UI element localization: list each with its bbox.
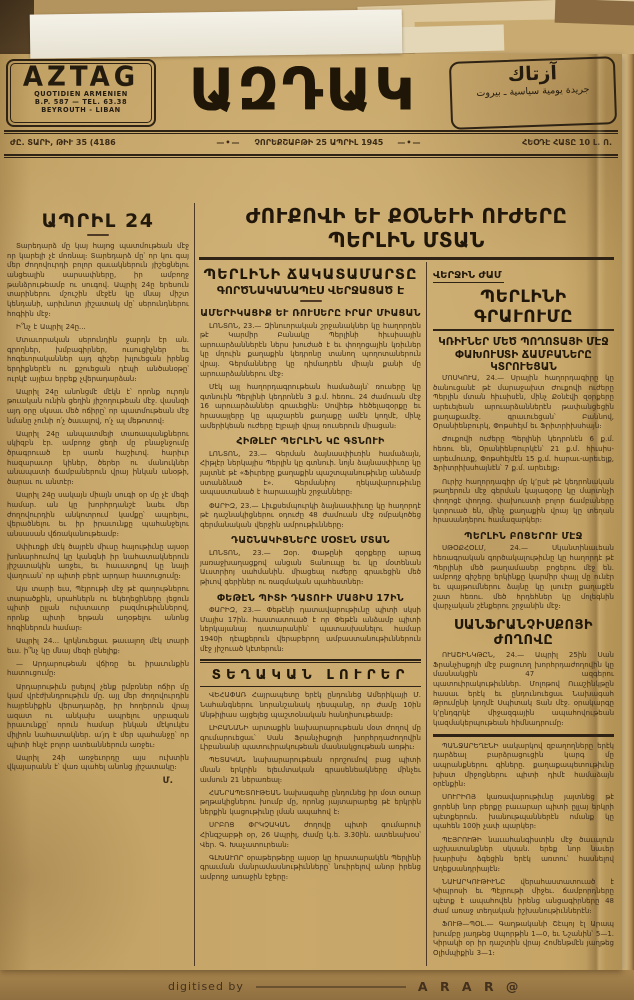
battle-of-berlin-column: ՊԵՐԼԻՆԻ ՃԱԿԱՏԱՄԱՐՏԸ ԳՈՐԾՆԱԿԱՆԱՊԷՍ ՎԵՐՋԱՑ… [195,262,426,966]
news-brief: ՍՈՒՐԻՈՅ կառավարութիւնը յայտնեց թէ ցորենի… [433,793,614,832]
masthead-contact: B.P. 587 — TEL. 63.38 [10,98,152,106]
body-paragraph: Ի՞նչ է Ապրիլ 24ը... [7,323,189,333]
body-paragraph: Ապրիլ 24ի առջեւորդը այս ուխտին վկայարանն… [7,754,189,773]
editorial-headline: ԱՊՐԻԼ 24 [7,210,189,232]
editorial-column: ԱՊՐԻԼ 24 Տարեդարձ մը կայ հայոց պատմութեա… [4,203,194,966]
arar-watermark: A R A R @ [418,979,523,994]
masthead-arabic-box: آزتاك جريدة يومية سياسية ـ بيروت [449,56,617,130]
body-paragraph: Մէկ այլ հաղորդագրութեան համաձայն՝ ռուսեր… [200,383,421,431]
crosshead: ՓԵԹԷՆ ՊԻՏԻ ԴԱՏՈՒԻ ՄԱՅԻՍ 17ԻՆ [200,593,421,604]
body-paragraph: ԼՈՆՏՈՆ, 23.— Զօր. Փաթընի զօրքերը արագ յա… [200,549,421,588]
local-news-item: ԼԻԲԱՆԱՆԻ արտաքին նախարարութեան մօտ ժողով… [200,724,421,753]
latin-title: AZTAG [10,63,152,90]
digitisation-footer: digitised by A R A R @ [168,979,618,994]
headline-ornament [87,234,109,236]
newspaper-front-page: AZTAG QUOTIDIEN ARMENIEN B.P. 587 — TEL.… [0,54,622,970]
page-content: ԱՊՐԻԼ 24 Տարեդարձ մը կայ հայոց պատմութեա… [4,203,618,966]
body-paragraph: ՈՒԱՇԻՆԿԹԸՆ, 24.— Ապրիլ 25ին Սան Ֆրանչիսք… [433,651,614,728]
article-subheadline: ԿՌԻՒՆԵՐ ՄԵԾ ՊՈՂՈՏԱՅԻ ՄԷՋ [433,336,614,348]
news-section: ԺՈՒՔՈՎԻ ԵՒ ՔՕՆԵՒԻ ՈՒԺԵՐԸ ՊԵՐԼԻՆ ՄՏԱՆ ՊԵՐ… [195,203,618,966]
body-paragraph: Ապրիլ 24ը անոնցմէ մէկն է՝ որոնք ուրոյն թ… [7,388,189,427]
body-paragraph: Տարեդարձ մը կայ հայոց պատմութեան մէջ որ … [7,242,189,319]
article-subheadline: ՓԱԽՈՒՍՏԻ ՃԱՄԲԱՆԵՐԸ ԿՏՐՈՒԵՑԱՆ [433,349,614,373]
editorial-signature: Մ. [7,776,189,786]
body-paragraph: ԼՈՆՏՈՆ, 23.— Զինուորական շրջանակներ կը հ… [200,322,421,380]
body-paragraph: ՓԱՐԻԶ, 23.— Լիւքսեմպուրկի ձայնասփիւռը կը… [200,502,421,531]
body-paragraph: Ուրիշ հաղորդագիր մը կ՚ըսէ թէ կեդրոնական … [433,478,614,526]
body-paragraph: ԼՈՆՏՈՆ, 23.— Գերման ձայնասփիւռին համաձայ… [200,450,421,498]
news-brief: ՊԱՆՋԱՐԵՂԷՆԻ սակարկով զբաղողները երէկ դար… [433,742,614,790]
news-brief: ՖՈՒԹ—ՊՕԼ.— Գաղթականի Շէպոյ էլ Արապ խումբ… [433,920,614,959]
article-headline: ՍԱՆՖՐԱՆՉԻՍՔՈՅԻ ԺՈՂՈՎԸ [433,618,614,648]
body-paragraph: Ապրիլ 24ը անպատմելի տառապանքներու սկիզբն… [7,430,189,488]
masthead-left-box: AZTAG QUOTIDIEN ARMENIEN B.P. 587 — TEL.… [6,59,156,127]
dateline-volume: ԺԸ. ՏԱՐԻ, ԹԻՒ 35 (4186 [10,138,116,147]
divider-rule [433,734,614,737]
crosshead: ԱՄԵՐԻԿԱՑԻՔ ԵՒ ՌՈՒՍԵՐԸ ԻՐԱՐ ՄԻԱՑԱՆ [200,308,421,319]
local-news-item: ՊԵՏԱԿԱՆ նախարարութեան որոշումով բաց պիտի… [200,756,421,785]
local-news-header: ՏԵՂԱԿԱՆ ԼՈՒՐԵՐ [200,662,421,687]
article-headline: ՊԵՐԼԻՆԻ ՃԱԿԱՏԱՄԱՐՏԸ [200,267,421,283]
body-paragraph: Մտաւորական սերունդին ջարդն էր ան. գրողնե… [7,336,189,384]
banner-headline: ԺՈՒՔՈՎԻ ԵՒ ՔՕՆԵՒԻ ՈՒԺԵՐԸ ՊԵՐԼԻՆ ՄՏԱՆ [199,204,614,260]
local-news-item: ՍՐԲՈՑ ՓՐԿՉԱԿԱՆ ժողովը պիտի գումարուի Հին… [200,821,421,850]
body-paragraph: ՍԹՕՔՀՕԼՄ, 24.— Սկանտինաւեան հեռագրական գ… [433,544,614,612]
divider-rule [4,154,618,156]
masthead-city: BEYROUTH - LIBAN [10,106,152,114]
body-paragraph: ՓԱՐԻԶ, 23.— Փեթէնի դատավարութիւնը պիտի ս… [200,606,421,654]
footer-line [256,986,406,988]
article-headline: ՊԵՐԼԻՆԻ ԳՐԱՒՈՒՄԸ [433,287,614,331]
dateline-ornament: —•— [397,138,421,147]
body-paragraph: — Արդարութեան վճիռը եւ իրաւունքին հատուց… [7,660,189,679]
masthead: AZTAG QUOTIDIEN ARMENIEN B.P. 587 — TEL.… [0,54,622,127]
digitised-by-text: digitised by [168,980,244,993]
torn-corner [555,0,634,25]
newspaper-logo: ԱԶԴԱԿ [162,58,444,129]
last-hour-column: ՎԵՐՋԻՆ ԺԱՄ ՊԵՐԼԻՆԻ ԳՐԱՒՈՒՄԸ ԿՌԻՒՆԵՐ ՄԵԾ … [427,262,618,966]
news-brief: ՆԱՒԱՐԿՈՒԹԻՒՆԸ վերահաստատուած է Կիպրոսի ե… [433,878,614,917]
divider-rule [200,659,421,661]
local-news-item: ՀԱՆՐԱՊԵՏՈՒԹԵԱՆ նախագահը ընդունեց իր մօտ … [200,789,421,818]
last-hour-kicker: ՎԵՐՋԻՆ ԺԱՄ [433,269,504,283]
dateline-price: ՀԵՕԴԷ ՀԱՏԸ 10 Լ. Ո. [522,138,612,147]
body-paragraph: Սփիւռքի մէկ ծայրէն միւսը հայութիւնը այսօ… [7,543,189,582]
body-paragraph: Ապրիլ 24... կրկնուեցաւ թաւալող մէկ տարի … [7,637,189,656]
divider-rule [4,157,618,158]
body-paragraph: Այս տարի եւս, Պէյրութի մէջ թէ գաղութներո… [7,585,189,633]
crosshead: ՊԵՐԼԻՆ ԲՈՑԵՐՈՒ ՄԷՋ [433,531,614,542]
dateline-date: ՉՈՐԵՔՇԱԲԹԻ 25 ԱՊՐԻԼ 1945 [254,138,383,147]
crosshead: ԴԱՇՆԱԿԻՑՆԵՐԸ ՄՕՏԷՆ ՄՏԱՆ [200,535,421,546]
local-news-item: ԳԼԽԱՒՈՐ օրաթերթերը այսօր կը հրատարակեն Պ… [200,854,421,883]
archive-label [30,9,403,58]
news-brief: ՊԷՅՐՈՒԹԻ նաւահանգիստին մէջ ծաւալուն աշխա… [433,836,614,875]
body-paragraph: Արդարութիւն ըսելով չենք ըմբռներ ոճիր մը … [7,683,189,751]
dateline-row: ԺԸ. ՏԱՐԻ, ԹԻՒ 35 (4186 —•— ՉՈՐԵՔՇԱԲԹԻ 25… [0,134,622,151]
headline-ornament [300,300,322,302]
local-news-item: ՎԵՀԱՓԱՌ Հայրապետը երէկ ընդունեց Ամերիկայ… [200,691,421,720]
dateline-ornament: —•— [216,138,240,147]
body-paragraph: ՄՈՍԿՈՒԱ, 24.— Սրային հաղորդագիրը կը ծանո… [433,374,614,432]
article-subheadline: ԳՈՐԾՆԱԿԱՆԱՊԷՍ ՎԵՐՋԱՑԱԾ Է [200,284,421,297]
body-paragraph: Ժուքովի ուժերը Պերլինի կեդրոնէն 6 ք.մ. հ… [433,435,614,474]
divider-rule [4,130,618,132]
page-edge-right [622,54,634,970]
body-paragraph: Ապրիլ 24ը սակայն միայն սուգի օր մը չէ մե… [7,491,189,539]
archive-label-small [392,25,505,54]
crosshead: ՀԻԹԼԷՐ ՊԵՐԼԻՆ ԿԸ ԳՏՆՈՒԻ [200,436,421,447]
scanned-newspaper: AZTAG QUOTIDIEN ARMENIEN B.P. 587 — TEL.… [0,0,634,1000]
